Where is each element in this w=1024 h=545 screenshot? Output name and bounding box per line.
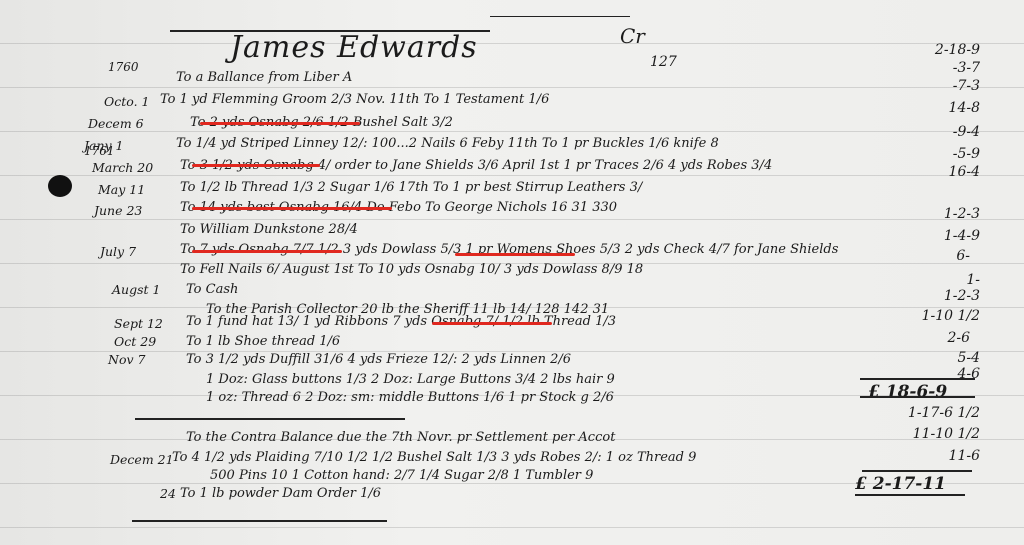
entry-amount: 5-4	[890, 350, 980, 366]
highlight-underline	[455, 253, 575, 256]
subtotal: £ 18-6-9	[868, 382, 947, 402]
highlight-underline	[200, 122, 360, 125]
entry-date: Oct 29	[114, 334, 156, 349]
entry-text: To 4 1/2 yds Plaiding 7/10 1/2 1/2 Bushe…	[172, 450, 696, 465]
entry-date: Jany 1	[84, 138, 124, 153]
entry-date: Decem 6	[88, 116, 144, 131]
total-rule	[862, 470, 972, 472]
credit-label: Cr	[620, 24, 645, 48]
entry-date: Decem 21	[110, 452, 174, 467]
entry-amount: 1-2-3	[890, 206, 980, 222]
entry-text: To Cash	[186, 282, 238, 297]
total-rule	[855, 494, 965, 496]
entry-text: 1 Doz: Glass buttons 1/3 2 Doz: Large Bu…	[206, 372, 615, 387]
entry-text: To 3 1/2 yds Duffill 31/6 4 yds Frieze 1…	[186, 352, 571, 367]
entry-text: To 1/4 yd Striped Linney 12/: 100...2 Na…	[176, 136, 719, 151]
entry-text: To William Dunkstone 28/4	[180, 222, 358, 237]
grand-total: £ 2-17-11	[855, 474, 946, 494]
entry-amount: -7-3	[890, 78, 980, 94]
entry-text: 500 Pins 10 1 Cotton hand: 2/7 1/4 Sugar…	[210, 468, 593, 483]
entry-text: To 1 yd Flemming Groom 2/3 Nov. 11th To …	[160, 92, 549, 107]
entry-text: To Fell Nails 6/ August 1st To 10 yds Os…	[180, 262, 643, 277]
entry-text: To a Ballance from Liber A	[176, 70, 352, 85]
header-rule-right	[490, 16, 630, 17]
folio-ref: 127	[650, 54, 677, 70]
entry-date: June 23	[94, 203, 142, 218]
highlight-underline	[192, 164, 320, 167]
section-rule	[135, 418, 405, 420]
entry-date: Sept 12	[114, 316, 163, 331]
ledger-page: James Edwards Cr 127 1760 1761 To a Ball…	[0, 0, 1024, 545]
entry-amount: -5-9	[890, 146, 980, 162]
entry-amount: -9-4	[890, 124, 980, 140]
entry-text: To 1 lb Shoe thread 1/6	[186, 334, 340, 349]
entry-amount: 2-18-9	[890, 42, 980, 58]
entry-date: Octo. 1	[104, 94, 149, 109]
entry-amount: 1-	[890, 272, 980, 288]
subtotal-rule	[860, 396, 975, 398]
highlight-underline	[192, 207, 392, 210]
entry-amount: 11-10 1/2	[890, 426, 980, 442]
entry-amount: 2-6	[880, 330, 970, 346]
entry-text: To 1/2 lb Thread 1/3 2 Sugar 1/6 17th To…	[180, 180, 642, 195]
entry-text: 1 oz: Thread 6 2 Doz: sm: middle Buttons…	[206, 390, 614, 405]
entry-date: May 11	[98, 182, 145, 197]
entry-date: 24	[160, 486, 176, 501]
year-label: 1760	[108, 60, 139, 74]
subtotal-rule	[860, 378, 975, 380]
entry-date: March 20	[92, 160, 153, 175]
entry-amount: 1-2-3	[890, 288, 980, 304]
account-name: James Edwards	[230, 30, 478, 65]
entry-text: To the Contra Balance due the 7th Novr. …	[186, 430, 615, 445]
entry-date: Augst 1	[112, 282, 160, 297]
closing-rule	[132, 520, 387, 522]
entry-amount: 1-17-6 1/2	[890, 405, 980, 421]
entry-amount: 14-8	[890, 100, 980, 116]
entry-amount: 16-4	[890, 164, 980, 180]
entry-amount: 1-4-9	[890, 228, 980, 244]
highlight-underline	[192, 250, 342, 253]
entry-date: July 7	[100, 244, 136, 259]
entry-amount: 6-	[880, 248, 970, 264]
entry-amount: 1-10 1/2	[890, 308, 980, 324]
entry-text: To 1 lb powder Dam Order 1/6	[180, 486, 381, 501]
entry-amount: 11-6	[890, 448, 980, 464]
binding-hole	[48, 175, 72, 197]
entry-amount: -3-7	[890, 60, 980, 76]
highlight-underline	[432, 322, 552, 325]
entry-date: Nov 7	[108, 352, 145, 367]
